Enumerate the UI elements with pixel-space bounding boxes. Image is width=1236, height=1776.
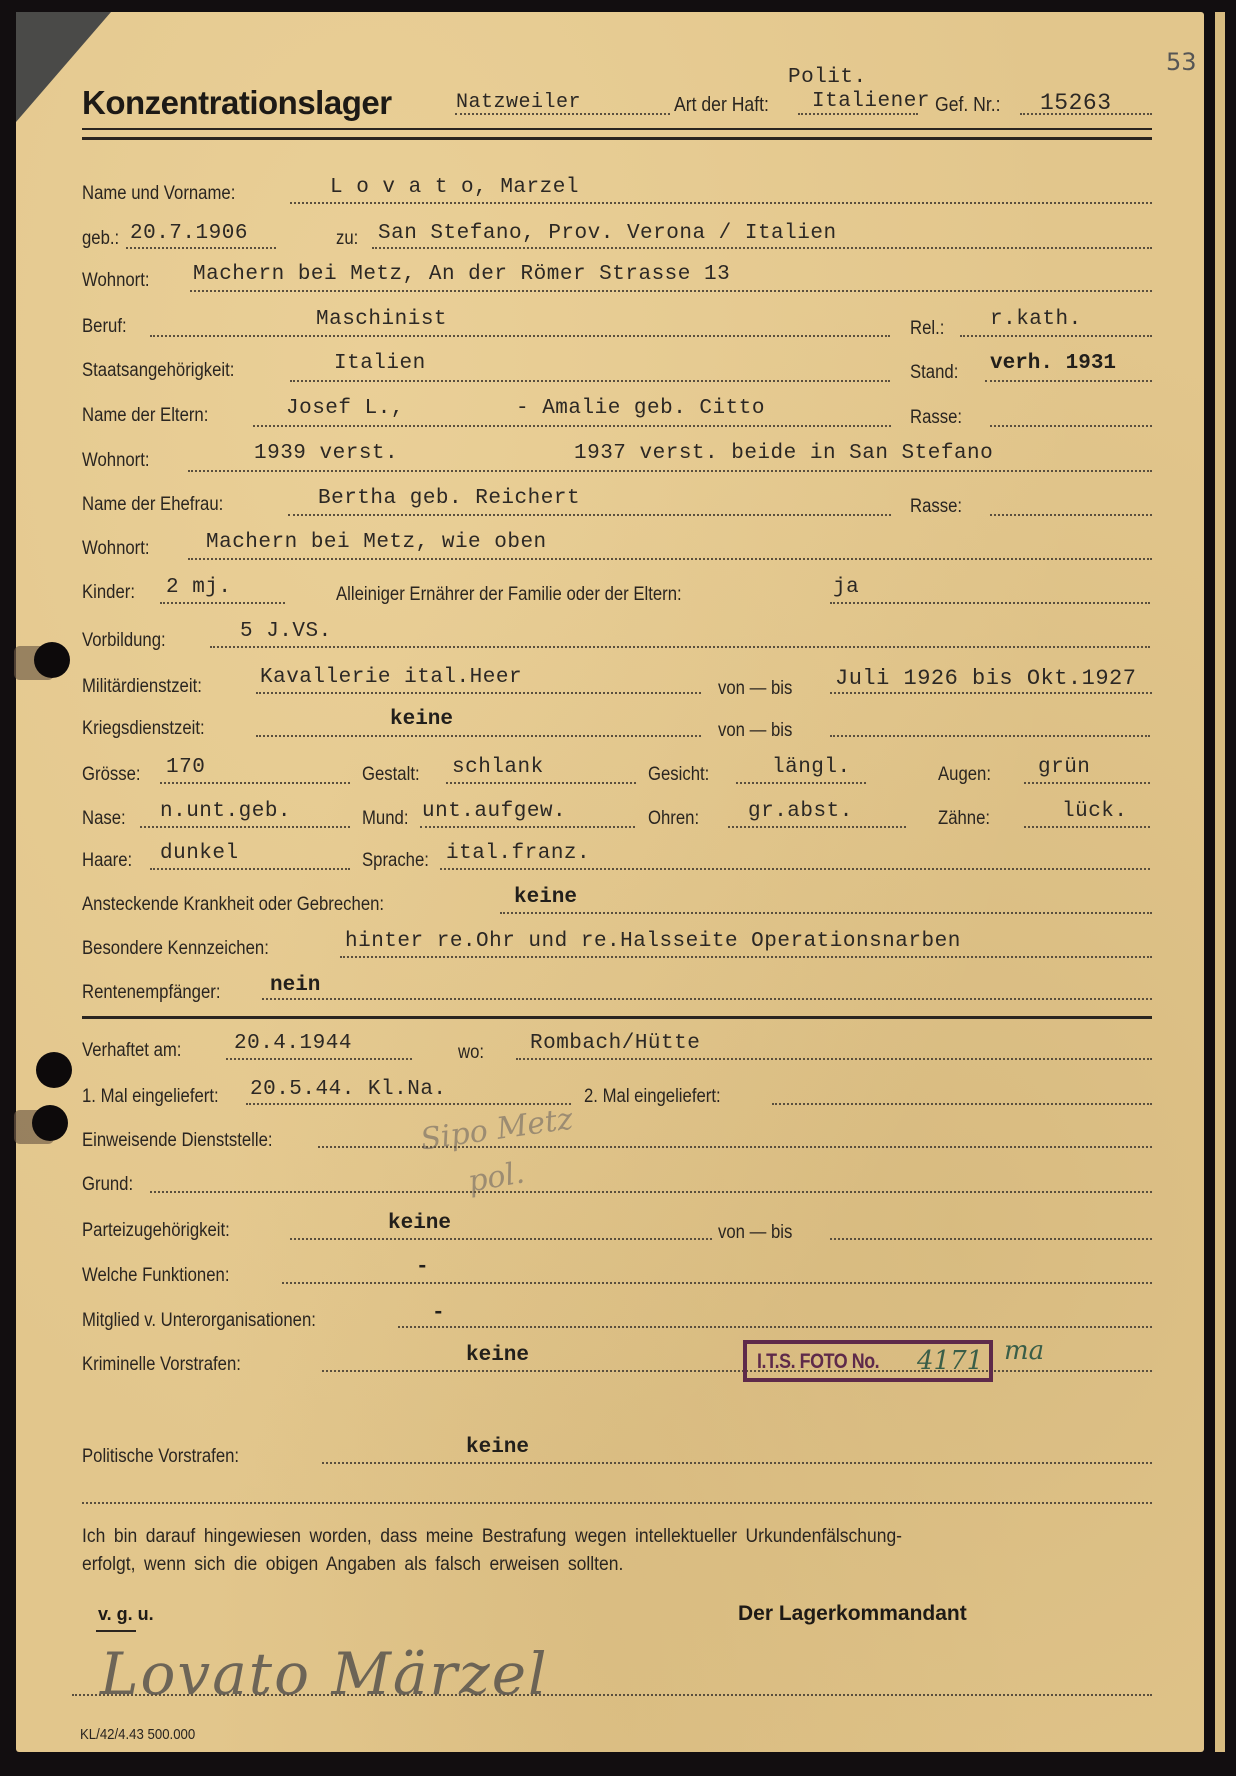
field-line — [340, 956, 1152, 958]
label-partei-vonbis: von — bis — [718, 1222, 792, 1244]
field-line — [985, 380, 1152, 382]
value-mal1[interactable]: 20.5.44. Kl.Na. — [250, 1078, 447, 1101]
value-militaer[interactable]: Kavallerie ital.Heer — [260, 666, 522, 689]
stamp-note: ma — [1004, 1336, 1044, 1366]
field-line — [150, 335, 890, 337]
label-mal1: 1. Mal eingeliefert: — [82, 1086, 219, 1108]
field-line — [1020, 113, 1152, 115]
header-rule — [82, 128, 1152, 130]
value-partei[interactable]: keine — [388, 1212, 451, 1235]
label-ernaehrer: Alleiniger Ernährer der Familie oder der… — [336, 584, 682, 606]
label-rasse: Rasse: — [910, 407, 962, 429]
value-ernaehrer[interactable]: ja — [833, 576, 859, 599]
field-line — [440, 868, 1150, 870]
label-eltern: Name der Eltern: — [82, 405, 208, 427]
value-rente[interactable]: nein — [270, 974, 320, 997]
field-line — [290, 1238, 712, 1240]
field-line — [210, 646, 1150, 648]
label-funktionen: Welche Funktionen: — [82, 1265, 229, 1287]
label-ohren: Ohren: — [648, 808, 699, 830]
value-ohren[interactable]: gr.abst. — [748, 800, 853, 823]
field-line — [960, 335, 1152, 337]
value-sprache[interactable]: ital.franz. — [446, 842, 590, 865]
label-zaehne: Zähne: — [938, 808, 990, 830]
label-ehefrau-rasse: Rasse: — [910, 496, 962, 518]
label-eltern-wohnort: Wohnort: — [82, 450, 150, 472]
label-verhaftet: Verhaftet am: — [82, 1040, 181, 1062]
paper-edge — [1215, 12, 1225, 1752]
label-ehefrau: Name der Ehefrau: — [82, 494, 223, 516]
value-politisch[interactable]: keine — [466, 1436, 529, 1459]
field-line — [190, 290, 1152, 292]
punch-hole — [34, 642, 70, 678]
value-mother-wohnort[interactable]: 1937 verst. beide in San Stefano — [574, 442, 993, 465]
its-foto-stamp: I.T.S. FOTO No. 4171 — [743, 1340, 993, 1382]
field-line — [455, 113, 670, 115]
field-line — [150, 868, 350, 870]
haft-label: Art der Haft: — [674, 94, 769, 117]
gef-label: Gef. Nr.: — [935, 94, 1001, 117]
camp-name: Natzweiler — [456, 91, 581, 114]
value-funktionen[interactable]: - — [416, 1256, 429, 1279]
field-line — [188, 470, 1152, 472]
value-mund[interactable]: unt.aufgew. — [422, 800, 566, 823]
field-line — [798, 113, 918, 115]
label-grund: Grund: — [82, 1174, 133, 1196]
label-augen: Augen: — [938, 764, 991, 786]
punch-hole — [32, 1105, 68, 1141]
field-line — [990, 425, 1152, 427]
label-sprache: Sprache: — [362, 850, 429, 872]
label-unterorg: Mitglied v. Unterorganisationen: — [82, 1310, 316, 1332]
value-kriminell[interactable]: keine — [466, 1344, 529, 1367]
field-line — [420, 826, 635, 828]
value-verhaftet[interactable]: 20.4.1944 — [234, 1032, 352, 1055]
label-partei: Parteizugehörigkeit: — [82, 1220, 230, 1242]
value-wo[interactable]: Rombach/Hütte — [530, 1032, 700, 1055]
field-line — [990, 514, 1152, 516]
field-line — [1024, 826, 1150, 828]
field-line — [830, 735, 1150, 737]
field-line — [322, 1370, 1152, 1372]
label-geb: geb.: — [82, 228, 119, 250]
field-line — [288, 514, 891, 516]
signature-line — [72, 1694, 1152, 1696]
value-father-wohnort[interactable]: 1939 verst. — [254, 442, 398, 465]
label-mal2: 2. Mal eingeliefert: — [584, 1086, 721, 1108]
section-rule — [82, 1016, 1152, 1019]
label-staat: Staatsangehörigkeit: — [82, 360, 234, 382]
field-line — [736, 782, 866, 784]
field-line — [160, 602, 285, 604]
label-gestalt: Gestalt: — [362, 764, 420, 786]
label-krieg-vonbis: von — bis — [718, 720, 792, 742]
vgu-underline — [96, 1630, 136, 1632]
value-militaer-vonbis[interactable]: Juli 1926 bis Okt.1927 — [835, 666, 1136, 691]
value-kinder[interactable]: 2 mj. — [166, 576, 232, 599]
label-haare: Haare: — [82, 850, 132, 872]
label-stand: Stand: — [910, 362, 958, 384]
field-line — [372, 247, 1152, 249]
declaration-line-1: Ich bin darauf hingewiesen worden, dass … — [82, 1526, 902, 1548]
field-line — [253, 425, 891, 427]
value-name[interactable]: L o v a t o, Marzel — [330, 176, 579, 199]
value-ehefrau-wohnort[interactable]: Machern bei Metz, wie oben — [206, 531, 547, 554]
field-line — [188, 558, 1152, 560]
form-code: KL/42/4.43 500.000 — [80, 1726, 195, 1743]
label-zu: zu: — [336, 228, 358, 250]
field-line — [322, 1462, 1152, 1464]
label-groesse: Grösse: — [82, 764, 141, 786]
label-ehefrau-wohnort: Wohnort: — [82, 538, 150, 560]
field-line — [728, 826, 906, 828]
field-line — [772, 1103, 1152, 1105]
value-unterorg[interactable]: - — [432, 1302, 445, 1325]
field-line — [318, 1146, 1152, 1148]
stamp-label: I.T.S. FOTO No. — [757, 1350, 879, 1374]
stamp-number: 4171 — [917, 1346, 983, 1376]
value-beruf[interactable]: Maschinist — [316, 308, 447, 331]
field-line — [126, 247, 276, 249]
form-title: Konzentrationslager — [82, 84, 392, 122]
field-line — [256, 692, 701, 694]
label-vorbildung: Vorbildung: — [82, 630, 166, 652]
field-line — [1024, 782, 1150, 784]
label-krankheit: Ansteckende Krankheit oder Gebrechen: — [82, 894, 384, 916]
field-line — [500, 912, 1152, 914]
field-line — [516, 1058, 1152, 1060]
field-line — [82, 1502, 1152, 1504]
value-mother[interactable]: - Amalie geb. Citto — [516, 397, 765, 420]
vgu-label: v. g. u. — [98, 1604, 154, 1625]
punch-hole — [36, 1052, 72, 1088]
field-line — [140, 826, 350, 828]
value-rel[interactable]: r.kath. — [990, 308, 1082, 331]
label-krieg: Kriegsdienstzeit: — [82, 718, 205, 740]
field-line — [226, 1058, 412, 1060]
label-nase: Nase: — [82, 808, 126, 830]
declaration-line-2: erfolgt, wenn sich die obigen Angaben al… — [82, 1554, 623, 1576]
field-line — [830, 602, 1150, 604]
value-geb[interactable]: 20.7.1906 — [130, 222, 248, 245]
value-krankheit[interactable]: keine — [514, 886, 577, 909]
lagerkommandant-label: Der Lagerkommandant — [738, 1602, 967, 1626]
field-line — [246, 1103, 571, 1105]
field-line — [830, 692, 1152, 694]
page-number: 53 — [1166, 48, 1197, 76]
field-line — [446, 782, 636, 784]
label-name: Name und Vorname: — [82, 183, 235, 205]
prisoner-signature: Lovato Märzel — [100, 1640, 549, 1708]
value-krieg[interactable]: keine — [390, 708, 453, 731]
field-line — [398, 1326, 1152, 1328]
field-line — [256, 735, 701, 737]
value-groesse[interactable]: 170 — [166, 756, 205, 779]
label-militaer-vonbis: von — bis — [718, 678, 792, 700]
label-mund: Mund: — [362, 808, 408, 830]
label-kinder: Kinder: — [82, 582, 135, 604]
value-haare[interactable]: dunkel — [160, 842, 239, 865]
value-staat[interactable]: Italien — [334, 352, 426, 375]
value-gesicht[interactable]: längl. — [772, 756, 851, 779]
label-dienststelle: Einweisende Dienststelle: — [82, 1130, 273, 1152]
value-gestalt[interactable]: schlank — [452, 756, 544, 779]
value-father[interactable]: Josef L., — [286, 397, 404, 420]
haft-value-top: Polit. — [788, 66, 867, 89]
value-augen[interactable]: grün — [1038, 756, 1090, 779]
label-kriminell: Kriminelle Vorstrafen: — [82, 1354, 241, 1376]
header-rule — [82, 137, 1152, 140]
value-ehefrau[interactable]: Bertha geb. Reichert — [318, 487, 580, 510]
field-line — [282, 1282, 1152, 1284]
label-beruf: Beruf: — [82, 316, 127, 338]
label-wo: wo: — [458, 1042, 484, 1064]
label-kennzeichen: Besondere Kennzeichen: — [82, 938, 269, 960]
value-kennzeichen[interactable]: hinter re.Ohr und re.Halsseite Operation… — [345, 930, 961, 953]
label-militaer: Militärdienstzeit: — [82, 676, 202, 698]
field-line — [290, 380, 890, 382]
field-line — [160, 782, 350, 784]
field-line — [830, 1238, 1152, 1240]
field-line — [290, 202, 1152, 204]
field-line — [262, 998, 1152, 1000]
value-nase[interactable]: n.unt.geb. — [160, 800, 291, 823]
label-rente: Rentenempfänger: — [82, 982, 221, 1004]
value-zaehne[interactable]: lück. — [1062, 800, 1128, 823]
label-rel: Rel.: — [910, 318, 944, 340]
value-stand[interactable]: verh. 1931 — [990, 352, 1116, 375]
value-wohnort[interactable]: Machern bei Metz, An der Römer Strasse 1… — [193, 263, 730, 286]
label-gesicht: Gesicht: — [648, 764, 709, 786]
value-zu[interactable]: San Stefano, Prov. Verona / Italien — [378, 222, 837, 245]
label-politisch: Politische Vorstrafen: — [82, 1446, 239, 1468]
value-vorbildung[interactable]: 5 J.VS. — [240, 620, 332, 643]
label-wohnort: Wohnort: — [82, 270, 150, 292]
field-line — [150, 1191, 1152, 1193]
haft-value: Italiener — [812, 90, 930, 113]
